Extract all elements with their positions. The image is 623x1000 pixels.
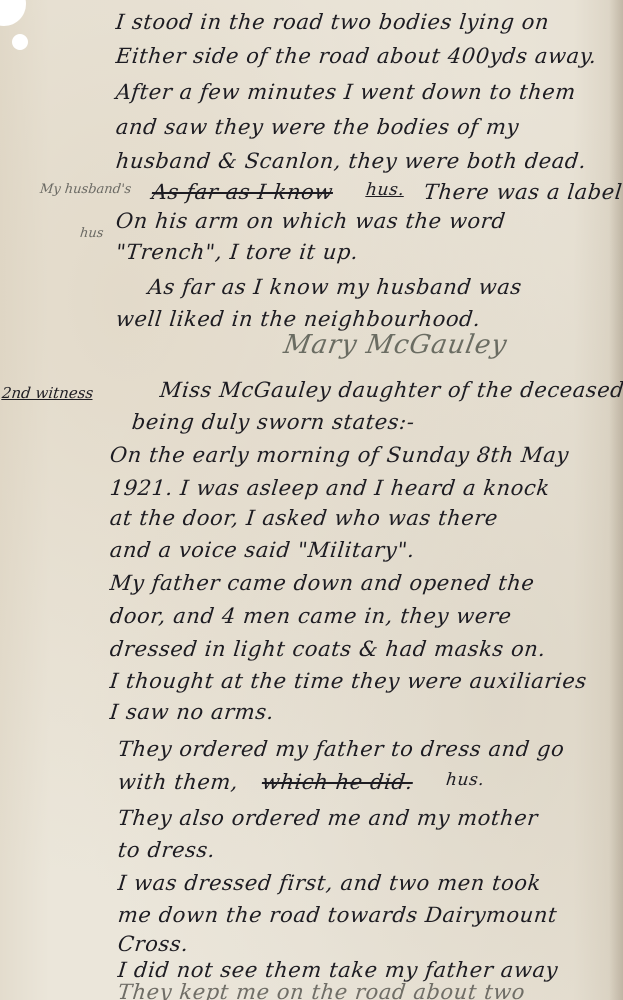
statement-line: "Trench", I tore it up. — [115, 240, 360, 264]
statement-line: Miss McGauley daughter of the deceased — [159, 378, 623, 402]
margin-note-insert: My husband's — [39, 182, 132, 197]
statement-line: I was dressed first, and two men took — [117, 871, 543, 895]
statement-line: Either side of the road about 400yds awa… — [115, 44, 598, 68]
statement-line: dressed in light coats & had masks on. — [109, 637, 547, 661]
statement-line: I thought at the time they were auxiliar… — [109, 669, 588, 693]
punch-hole-top — [0, 0, 26, 26]
statement-line: to dress. — [117, 838, 217, 862]
statement-line: well liked in the neighbourhood. — [115, 307, 482, 331]
statement-line: I saw no arms. — [109, 700, 276, 724]
statement-line: As far as I know my husband was — [147, 275, 523, 299]
statement-line: husband & Scanlon, they were both dead. — [115, 149, 588, 173]
statement-line: On his arm on which was the word — [115, 209, 507, 233]
second-witness-label: 2nd witness — [1, 384, 94, 402]
statement-line: Cross. — [117, 932, 190, 956]
statement-line: My father came down and opened the — [109, 571, 536, 595]
punch-hole-small — [12, 34, 28, 50]
struck-out-text: which he did. — [261, 770, 414, 794]
statement-line: There was a label — [423, 180, 623, 204]
statement-line: at the door, I asked who was there — [109, 506, 500, 530]
initials-correction: hus. — [445, 770, 486, 790]
statement-line: being duly sworn states:- — [131, 410, 416, 434]
document-page: I stood in the road two bodies lying on … — [0, 0, 623, 1000]
witness-signature: Mary McGauley — [281, 330, 509, 360]
statement-line: and saw they were the bodies of my — [115, 115, 521, 139]
statement-line: On the early morning of Sunday 8th May — [109, 443, 570, 467]
statement-line: door, and 4 men came in, they were — [109, 604, 513, 628]
statement-line: 1921. I was asleep and I heard a knock — [109, 476, 551, 500]
page-edge-shadow — [609, 0, 623, 1000]
initials-correction: hus. — [365, 180, 406, 200]
statement-line: I stood in the road two bodies lying on — [115, 10, 551, 34]
statement-line: and a voice said "Military". — [109, 538, 416, 562]
statement-line: They also ordered me and my mother — [117, 806, 540, 830]
statement-line: with them, — [117, 770, 240, 794]
statement-line: I did not see them take my father away — [117, 958, 560, 982]
statement-line: me down the road towards Dairymount — [117, 903, 559, 927]
struck-out-text: As far as I know — [151, 180, 335, 204]
statement-line: After a few minutes I went down to them — [115, 80, 577, 104]
statement-line: They ordered my father to dress and go — [117, 737, 566, 761]
margin-note-initials: hus — [79, 226, 104, 241]
statement-line: They kept me on the road about two — [117, 980, 527, 1000]
